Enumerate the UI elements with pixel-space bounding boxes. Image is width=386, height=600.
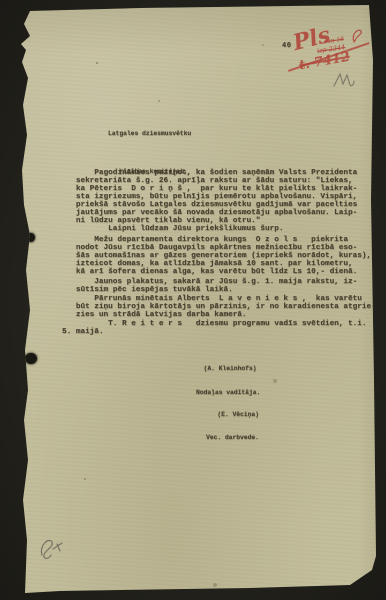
pencil-mark-icon (332, 70, 356, 90)
paragraph-2: Mežu departamenta direktora kungs O z o … (62, 236, 376, 276)
red-pen-mark-icon (350, 27, 365, 44)
paragraph-3: Jaunos plakatus, sakarā ar Jūsu š.g. 1. … (62, 278, 376, 294)
page-number: 40 (282, 42, 291, 50)
pencil-initials-icon (36, 534, 68, 564)
paragraph-5: T. R e i t e r s dziesmu programu vadīs … (62, 320, 376, 336)
scan-background: 40 Latgales dziesmusvētku rīcības komite… (0, 0, 386, 600)
document-page: 40 Latgales dziesmusvētku rīcības komite… (0, 0, 386, 600)
punch-hole-bottom (25, 353, 37, 364)
letter-body: Pagodināmies paziņot, ka šodien saņēmām … (62, 169, 376, 336)
signature-block-2: (E. Vēciņa) Vec. darbvede. (206, 396, 259, 456)
punch-hole-top (27, 233, 35, 242)
signature-title: Vec. darbvede. (206, 434, 259, 442)
recipient-line1: Latgales dziesmusvētku (108, 128, 191, 141)
paper-specks (96, 62, 98, 64)
signature-name: (E. Vēciņa) (206, 411, 259, 419)
paragraph-4: Pārrunās minētais Alberts L a v e n i e … (62, 295, 376, 319)
paragraph-1: Pagodināmies paziņot, ka šodien saņēmām … (62, 169, 376, 233)
signature-name: (A. Kleinhofs) (196, 365, 260, 373)
